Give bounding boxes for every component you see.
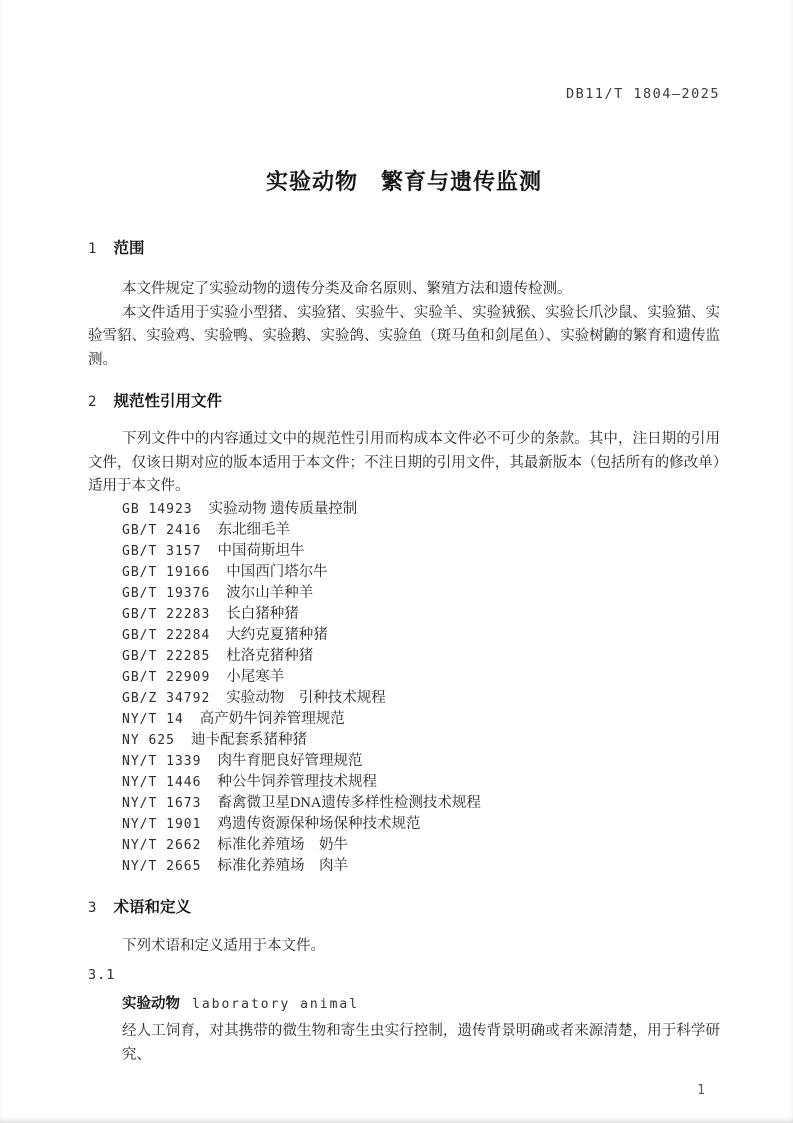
reference-title: 标准化养殖场 肉羊	[217, 858, 348, 874]
section-3-number: 3	[88, 900, 98, 916]
reference-title: 标准化养殖场 奶牛	[217, 837, 348, 853]
reference-item: GB 14923实验动物 遗传质量控制	[88, 499, 720, 520]
reference-title: 中国西门塔尔牛	[226, 564, 328, 580]
references-intro-paragraph: 下列文件中的内容通过文中的规范性引用而构成本文件必不可少的条款。其中，注日期的引…	[88, 428, 720, 499]
reference-title: 波尔山羊种羊	[226, 585, 313, 601]
terms-intro-paragraph: 下列术语和定义适用于本文件。	[88, 935, 720, 959]
reference-code: NY/T 2665	[122, 859, 201, 874]
section-1-label: 范围	[113, 240, 144, 257]
reference-code: GB/T 22285	[122, 649, 210, 664]
reference-title: 长白猪种猪	[226, 606, 299, 622]
reference-item: GB/T 19166中国西门塔尔牛	[88, 562, 720, 583]
reference-item: GB/T 22283长白猪种猪	[88, 604, 720, 625]
term-entry: 实验动物laboratory animal	[88, 994, 720, 1015]
reference-code: NY/T 1446	[122, 775, 201, 790]
reference-code: GB/T 3157	[122, 544, 201, 559]
reference-item: GB/T 22909小尾寒羊	[88, 667, 720, 688]
reference-code: GB/T 22283	[122, 607, 210, 622]
section-3-heading: 3术语和定义	[88, 898, 720, 918]
reference-code: GB/Z 34792	[122, 691, 210, 706]
reference-item: GB/Z 34792实验动物 引种技术规程	[88, 688, 720, 709]
reference-code: NY/T 14	[122, 712, 184, 727]
reference-code: GB 14923	[122, 502, 193, 517]
reference-code: NY/T 1339	[122, 754, 201, 769]
reference-code: NY/T 1901	[122, 817, 201, 832]
reference-title: 实验动物 引种技术规程	[226, 690, 386, 706]
section-1-number: 1	[88, 241, 98, 257]
reference-title: 东北细毛羊	[217, 522, 290, 538]
term-definition: 经人工饲育，对其携带的微生物和寄生虫实行控制，遗传背景明确或者来源清楚，用于科学…	[88, 1020, 720, 1067]
page-number: 1	[88, 1083, 720, 1098]
reference-item: GB/T 22285杜洛克猪种猪	[88, 646, 720, 667]
reference-code: NY 625	[122, 733, 175, 748]
standard-number: DB11/T 1804—2025	[88, 86, 720, 103]
reference-title: 迪卡配套系猪种猪	[191, 732, 307, 748]
reference-code: GB/T 2416	[122, 523, 201, 538]
reference-title: 大约克夏猪种猪	[226, 627, 328, 643]
scope-paragraph-1: 本文件规定了实验动物的遗传分类及命名原则、繁殖方法和遗传检测。	[88, 278, 720, 302]
reference-item: NY/T 1901鸡遗传资源保种场保种技术规范	[88, 814, 720, 835]
reference-item: NY/T 2662标准化养殖场 奶牛	[88, 835, 720, 856]
reference-code: NY/T 2662	[122, 838, 201, 853]
reference-item: NY 625迪卡配套系猪种猪	[88, 730, 720, 751]
term-name-en: laboratory animal	[192, 997, 359, 1012]
document-page: DB11/T 1804—2025 实验动物 繁育与遗传监测 1范围 本文件规定了…	[0, 0, 793, 1123]
reference-item: GB/T 22284大约克夏猪种猪	[88, 625, 720, 646]
reference-title: 杜洛克猪种猪	[226, 648, 313, 664]
scope-paragraph-2: 本文件适用于实验小型猪、实验猪、实验牛、实验羊、实验狨猴、实验长爪沙鼠、实验猫、…	[88, 302, 720, 373]
reference-code: GB/T 19376	[122, 586, 210, 601]
reference-item: GB/T 19376波尔山羊种羊	[88, 583, 720, 604]
reference-item: NY/T 2665标准化养殖场 肉羊	[88, 856, 720, 877]
section-1-heading: 1范围	[88, 239, 720, 259]
reference-title: 实验动物 遗传质量控制	[209, 501, 358, 517]
reference-title: 中国荷斯坦牛	[217, 543, 304, 559]
section-2-heading: 2规范性引用文件	[88, 392, 720, 412]
reference-item: GB/T 3157中国荷斯坦牛	[88, 541, 720, 562]
reference-item: GB/T 2416东北细毛羊	[88, 520, 720, 541]
reference-code: NY/T 1673	[122, 796, 201, 811]
reference-title: 小尾寒羊	[226, 669, 284, 685]
reference-title: 高产奶牛饲养管理规范	[200, 711, 345, 727]
reference-title: 种公牛饲养管理技术规程	[217, 774, 377, 790]
term-name-zh: 实验动物	[122, 996, 180, 1012]
term-number: 3.1	[88, 967, 720, 984]
reference-code: GB/T 22284	[122, 628, 210, 643]
reference-title: 畜禽微卫星DNA遗传多样性检测技术规程	[217, 795, 480, 811]
reference-item: NY/T 1339肉牛育肥良好管理规范	[88, 751, 720, 772]
section-3-label: 术语和定义	[113, 899, 191, 916]
reference-item: NY/T 1446种公牛饲养管理技术规程	[88, 772, 720, 793]
reference-code: GB/T 19166	[122, 565, 210, 580]
reference-item: NY/T 1673畜禽微卫星DNA遗传多样性检测技术规程	[88, 793, 720, 814]
reference-item: NY/T 14高产奶牛饲养管理规范	[88, 709, 720, 730]
section-2-number: 2	[88, 394, 98, 410]
reference-title: 鸡遗传资源保种场保种技术规范	[217, 816, 420, 832]
reference-title: 肉牛育肥良好管理规范	[217, 753, 362, 769]
section-2-label: 规范性引用文件	[113, 393, 222, 410]
references-list: GB 14923实验动物 遗传质量控制 GB/T 2416东北细毛羊 GB/T …	[88, 499, 720, 877]
reference-code: GB/T 22909	[122, 670, 210, 685]
document-title: 实验动物 繁育与遗传监测	[88, 167, 720, 197]
